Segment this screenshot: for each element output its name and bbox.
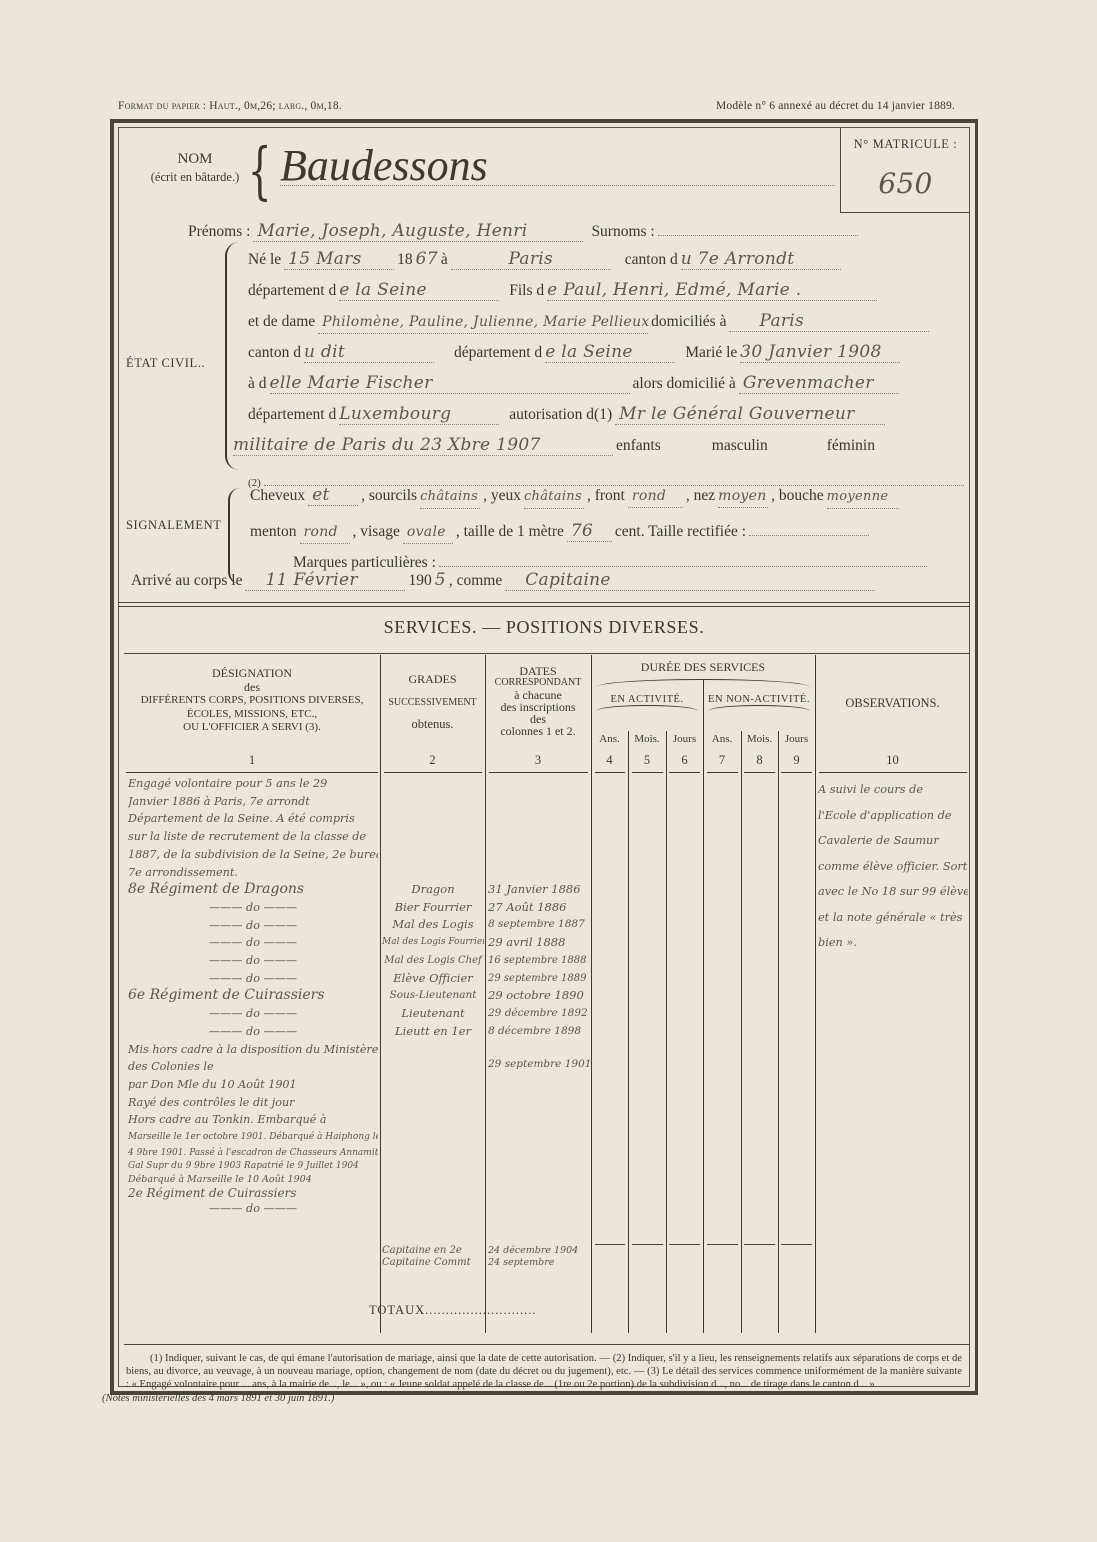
table-row: Marseille le 1er octobre 1901. Débarqué …: [128, 1129, 378, 1147]
bouche-label: , bouche: [771, 487, 824, 505]
naissance-row: Né le 15 Mars 18 67 à Paris canton d u 7…: [245, 249, 841, 270]
table-row: Gal Supr du 9 9bre 1903 Rapatrié le 9 Ju…: [128, 1160, 378, 1173]
surname-dotted-line: [280, 185, 835, 186]
a-label: à: [441, 251, 448, 269]
date-entry: 29 décembre 1892: [488, 1005, 591, 1023]
mere-row: et de dame Philomène, Pauline, Julienne,…: [245, 311, 929, 334]
observation-line: et la note générale « très: [818, 905, 968, 931]
column-number: 8: [741, 753, 778, 768]
table-row: ——— do ———: [128, 1023, 378, 1041]
fils-label: Fils d: [509, 282, 544, 300]
observation-line: avec le No 18 sur 99 élèves: [818, 879, 968, 905]
mois-header: Mois.: [741, 733, 778, 747]
column-number: 9: [778, 753, 815, 768]
date-entry: 16 septembre 1888: [488, 952, 591, 970]
marques-row: Marques particulières :: [290, 547, 927, 572]
front-label: , front: [587, 487, 625, 505]
departement2-value: e la Seine: [545, 342, 675, 363]
table-row: par Don Mle du 10 Août 1901: [128, 1076, 378, 1094]
grade-entry: Mal des Logis: [382, 916, 484, 934]
signalement-row-1: Cheveux et , sourcils châtains , yeux ch…: [247, 485, 899, 509]
date-entry: 31 Janvier 1886: [488, 881, 591, 899]
ne-le-label: Né le: [248, 251, 281, 269]
table-row: 6e Régiment de Cuirassiers: [128, 987, 378, 1005]
column-number: 7: [703, 753, 741, 768]
column-divider: [628, 731, 629, 1333]
header-line: DATES: [485, 665, 591, 677]
comme-label: , comme: [449, 572, 502, 590]
header-rule: [489, 772, 588, 773]
header-rule: [669, 772, 700, 773]
ans-header: Ans.: [591, 733, 628, 747]
grade-entry: Sous-Lieutenant: [382, 987, 484, 1005]
front-value: rond: [628, 488, 683, 508]
grade-entry: Bier Fourrier: [382, 899, 484, 917]
nom-label: NOM (écrit en bâtarde.): [150, 150, 240, 186]
grades-header: GRADES SUCCESSIVEMENT obtenus.: [380, 673, 485, 732]
header-rule: [781, 772, 812, 773]
date-entry: 29 septembre 1901: [488, 1056, 591, 1074]
dates-header: DATES CORRESPONDANT à chacune des inscri…: [485, 665, 591, 737]
yeux-label: , yeux: [483, 487, 521, 505]
grade-entry: Capitaine en 2e: [382, 1245, 484, 1257]
prenoms-label: Prénoms :: [188, 223, 250, 241]
domicilies-label: domiciliés à: [651, 313, 726, 331]
empty-value-dash: [707, 1244, 738, 1245]
table-row: ——— do ———: [128, 1201, 378, 1216]
departement3-value: Luxembourg: [339, 404, 499, 425]
table-row: ——— do ———: [128, 899, 378, 917]
enfants-row: militaire de Paris du 23 Xbre 1907 enfan…: [233, 435, 878, 456]
arrival-rank-value: Capitaine: [505, 570, 875, 591]
arrival-year-prefix: 190: [408, 572, 431, 590]
signalement-row-2: menton rond , visage ovale , taille de 1…: [247, 516, 869, 544]
observation-line: comme élève officier. Sorti: [818, 854, 968, 880]
birth-place-value: Paris: [451, 249, 611, 270]
spouse-value: elle Marie Fischer: [270, 373, 630, 394]
table-row: Département de la Seine. A été compris: [128, 810, 378, 828]
column-number: 10: [815, 753, 970, 768]
table-row: ——— do ———: [128, 952, 378, 970]
menton-label: menton: [250, 523, 297, 541]
spouse-domicile-value: Grevenmacher: [739, 373, 899, 394]
table-row: 7e arrondissement.: [128, 864, 378, 882]
father-value: e Paul, Henri, Edmé, Marie .: [547, 280, 877, 301]
visage-label: , visage: [353, 523, 400, 541]
epouse-row: à d elle Marie Fischer alors domicilié à…: [245, 373, 899, 394]
header-rule: [384, 772, 482, 773]
dates-column-bottom: 24 décembre 1904 24 septembre: [488, 1245, 591, 1269]
enfants-label: enfants: [616, 437, 661, 455]
prenoms-row: Prénoms : Marie, Joseph, Auguste, Henri …: [185, 216, 858, 242]
nez-value: moyen: [718, 488, 768, 508]
column-number: 2: [380, 753, 485, 768]
column-divider: [778, 731, 779, 1333]
empty-value-dash: [632, 1244, 663, 1245]
totaux-label: TOTAUX...........................: [369, 1303, 537, 1318]
matricule-label: N° MATRICULE :: [841, 137, 970, 152]
autorisation-label: autorisation d(1): [509, 406, 612, 424]
autorisation-continued-value: militaire de Paris du 23 Xbre 1907: [233, 435, 613, 456]
table-row: Débarqué à Marseille le 10 Août 1904: [128, 1173, 378, 1186]
table-row: Mis hors cadre à la disposition du Minis…: [128, 1041, 378, 1059]
ans-header: Ans.: [703, 733, 741, 747]
jours-header: Jours: [666, 733, 703, 747]
jours-header: Jours: [778, 733, 815, 747]
brace-icon: [596, 679, 810, 687]
observation-line: A suivi le cours de: [818, 777, 968, 803]
grades-column: Dragon Bier Fourrier Mal des Logis Mal d…: [382, 881, 484, 1040]
matricule-value: 650: [841, 167, 970, 200]
model-decree-note: Modèle n° 6 annexé au décret du 14 janvi…: [716, 100, 955, 112]
feminin-label: féminin: [827, 437, 875, 455]
sourcils-value: châtains: [420, 489, 480, 509]
header-line: ÉCOLES, MISSIONS, ETC.,: [124, 708, 380, 722]
table-row: Hors cadre au Tonkin. Embarqué à: [128, 1111, 378, 1129]
taille-label: , taille de 1 mètre: [456, 523, 564, 541]
note2-dotted-line: [264, 466, 964, 486]
date-entry: 29 octobre 1890: [488, 987, 591, 1005]
date-entry: 24 septembre: [488, 1257, 591, 1269]
yeux-value: châtains: [524, 489, 584, 509]
dates-column: 31 Janvier 1886 27 Août 1886 8 septembre…: [488, 881, 591, 1074]
divider: [124, 1344, 970, 1345]
table-row: ——— do ———: [128, 970, 378, 988]
header-rule: [632, 772, 663, 773]
header-rule: [819, 772, 967, 773]
cheveux-value: et: [308, 485, 358, 506]
header-rule: [126, 772, 378, 773]
activite-header: EN ACTIVITÉ.: [591, 693, 703, 707]
table-row: Janvier 1886 à Paris, 7e arrondt: [128, 793, 378, 811]
taille-rectifiee-value: [749, 516, 869, 536]
date-entry: 27 Août 1886: [488, 899, 591, 917]
canton-label: canton d: [625, 251, 678, 269]
divider: [124, 653, 970, 654]
designation-header: DÉSIGNATION des DIFFÉRENTS CORPS, POSITI…: [124, 667, 380, 735]
bouche-value: moyenne: [827, 489, 899, 509]
empty-value-dash: [669, 1244, 700, 1245]
observations-column: A suivi le cours de l'Ecole d'applicatio…: [818, 777, 968, 956]
grades-column-bottom: Capitaine en 2e Capitaine Commt: [382, 1245, 484, 1269]
departement2-label: département d: [454, 344, 542, 362]
table-row: 8e Régiment de Dragons: [128, 881, 378, 899]
canton2-value: u dit: [304, 342, 434, 363]
arrive-row: Arrivé au corps le 11 Février 190 5 , co…: [128, 570, 875, 591]
autorisation-row: département d Luxembourg autorisation d(…: [245, 404, 885, 425]
autorisation-value: Mr le Général Gouverneur: [615, 404, 885, 425]
birth-year-value: 67: [416, 249, 438, 269]
canton2-label: canton d: [248, 344, 301, 362]
menton-value: rond: [300, 524, 350, 544]
table-row: Rayé des contrôles le dit jour: [128, 1094, 378, 1112]
brace-icon: {: [248, 140, 272, 202]
grade-entry: Capitaine Commt: [382, 1257, 484, 1269]
grade-entry: Lieutt en 1er: [382, 1023, 484, 1041]
non-activite-header: EN NON-ACTIVITÉ.: [703, 693, 815, 707]
observation-line: Cavalerie de Saumur: [818, 828, 968, 854]
nom-title: NOM: [150, 150, 240, 168]
header-line: des: [124, 681, 380, 695]
marques-value: [439, 547, 927, 567]
header-line: SUCCESSIVEMENT: [380, 696, 485, 710]
table-row: ——— do ———: [128, 934, 378, 952]
table-row: sur la liste de recrutement de la classe…: [128, 828, 378, 846]
grade-entry: Mal des Logis Chef: [382, 952, 484, 970]
column-number: 1: [124, 753, 380, 768]
empty-value-dash: [595, 1244, 625, 1245]
table-row: 1887, de la subdivision de la Seine, 2e …: [128, 846, 378, 864]
observation-line: l'Ecole d'application de: [818, 803, 968, 829]
header-line: GRADES: [380, 673, 485, 687]
grade-entry: Mal des Logis Fourrier: [382, 934, 484, 952]
column-number: 4: [591, 753, 628, 768]
date-entry: 24 décembre 1904: [488, 1245, 591, 1257]
arrival-date-value: 11 Février: [245, 570, 405, 591]
column-divider: [741, 731, 742, 1333]
domicile-value: Paris: [729, 311, 929, 332]
column-number: 5: [628, 753, 666, 768]
divider: [118, 602, 970, 603]
header-line: OU L'OFFICIER A SERVI (3).: [124, 721, 380, 735]
header-line: DIFFÉRENTS CORPS, POSITIONS DIVERSES,: [124, 694, 380, 708]
header-rule: [707, 772, 738, 773]
duree-header: DURÉE DES SERVICES: [591, 661, 815, 675]
masculin-label: masculin: [712, 437, 768, 455]
canton2-row: canton d u dit département d e la Seine …: [245, 342, 900, 363]
date-entry: 8 septembre 1887: [488, 916, 591, 934]
observation-line: bien ».: [818, 930, 968, 956]
header-line: colonnes 1 et 2.: [485, 725, 591, 737]
table-row: 4 9bre 1901. Passé à l'escadron de Chass…: [128, 1147, 378, 1160]
matricule-box: N° MATRICULE : 650: [840, 127, 970, 213]
surnoms-value: [658, 216, 858, 236]
empty-value-dash: [781, 1244, 812, 1245]
table-row: des Colonies le: [128, 1058, 378, 1076]
departement3-label: département d: [248, 406, 336, 424]
visage-value: ovale: [403, 524, 453, 544]
alors-domicilie-label: alors domicilié à: [633, 375, 736, 393]
services-table: DÉSIGNATION des DIFFÉRENTS CORPS, POSITI…: [124, 655, 970, 1335]
taille-rectifiee-label: cent. Taille rectifiée :: [615, 523, 746, 541]
arrival-year-value: 5: [435, 570, 446, 590]
footnote-ministerial-note: (Notes ministérielles des 4 mars 1891 et…: [102, 1393, 334, 1404]
header-line: DÉSIGNATION: [124, 667, 380, 681]
grade-entry: Elève Officier: [382, 970, 484, 988]
mois-header: Mois.: [628, 733, 666, 747]
cheveux-label: Cheveux: [250, 487, 305, 505]
prenoms-value: Marie, Joseph, Auguste, Henri: [253, 221, 583, 242]
footnote: (1) Indiquer, suivant le cas, de qui éma…: [126, 1352, 962, 1405]
etat-civil-label: ÉTAT CIVIL..: [126, 356, 205, 371]
mother-value: Philomène, Pauline, Julienne, Marie Pell…: [318, 314, 648, 334]
grade-entry: Dragon: [382, 881, 484, 899]
taille-value: 76: [567, 521, 612, 542]
canton-value: u 7e Arrondt: [681, 249, 841, 270]
table-row: ——— do ———: [128, 1005, 378, 1023]
footnote-text: (1) Indiquer, suivant le cas, de qui éma…: [126, 1353, 962, 1390]
nom-sublabel: (écrit en bâtarde.): [150, 168, 240, 186]
empty-value-dash: [744, 1244, 775, 1245]
date-entry: 29 avril 1888: [488, 934, 591, 952]
marriage-date-value: 30 Janvier 1908: [740, 342, 900, 363]
departement-row: département d e la Seine Fils d e Paul, …: [245, 280, 877, 301]
departement-value: e la Seine: [339, 280, 499, 301]
header-rule: [744, 772, 775, 773]
column-divider: [666, 731, 667, 1333]
designation-column: Engagé volontaire pour 5 ans le 29 Janvi…: [128, 775, 378, 1216]
year-prefix: 18: [397, 251, 413, 269]
observations-header: OBSERVATIONS.: [815, 697, 970, 711]
signalement-label: SIGNALEMENT: [126, 518, 221, 533]
nez-label: , nez: [686, 487, 715, 505]
paper-format-note: Format du papier : Haut., 0m,26; larg., …: [118, 100, 342, 112]
table-row: Engagé volontaire pour 5 ans le 29: [128, 775, 378, 793]
header-rule: [595, 772, 625, 773]
table-row: 2e Régiment de Cuirassiers: [128, 1186, 378, 1201]
header-line: obtenus.: [380, 718, 485, 732]
a-d-label: à d: [248, 375, 267, 393]
surnoms-label: Surnoms :: [591, 223, 654, 241]
date-entry: 8 décembre 1898: [488, 1023, 591, 1041]
column-divider: [703, 679, 704, 1333]
divider: [118, 606, 970, 607]
birth-date-value: 15 Mars: [284, 249, 394, 270]
marie-label: Marié le: [685, 344, 737, 362]
table-row: ——— do ———: [128, 917, 378, 935]
grade-entry: Lieutenant: [382, 1005, 484, 1023]
dame-label: et de dame: [248, 313, 315, 331]
date-entry: 29 septembre 1889: [488, 970, 591, 988]
column-number: 3: [485, 753, 591, 768]
sourcils-label: , sourcils: [361, 487, 417, 505]
column-number: 6: [666, 753, 703, 768]
services-title: SERVICES. — POSITIONS DIVERSES.: [118, 617, 970, 638]
departement-label: département d: [248, 282, 336, 300]
arrive-label: Arrivé au corps le: [131, 572, 242, 590]
